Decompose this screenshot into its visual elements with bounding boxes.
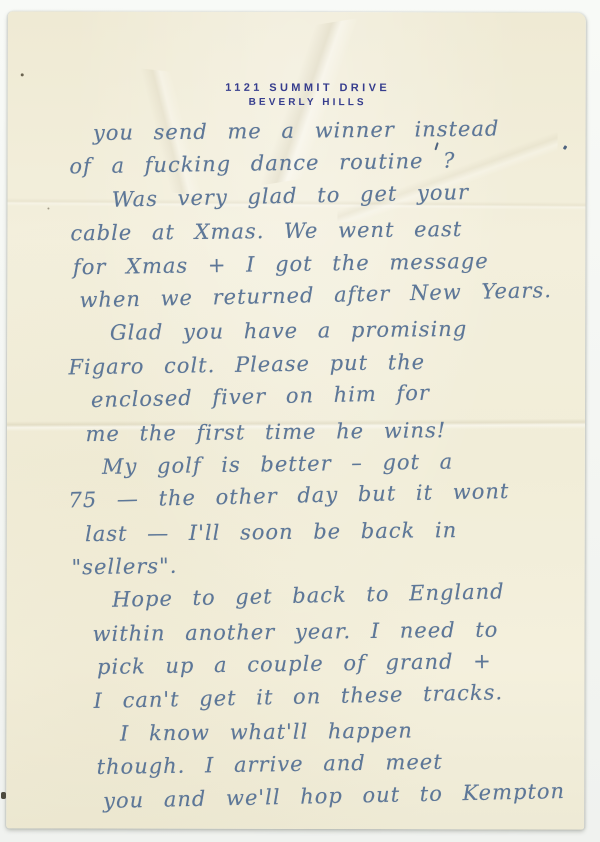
letterhead: 1121 SUMMIT DRIVE BEVERLY HILLS xyxy=(8,81,586,108)
handwriting-line: you send me a winner instead xyxy=(93,112,579,151)
handwriting-line: I know what'll happen xyxy=(120,713,588,752)
handwriting-line: within another year. I need to xyxy=(92,612,586,651)
ink-speck xyxy=(21,73,24,76)
handwriting-line: last — I'll soon be back in xyxy=(85,512,585,551)
letter-body: you send me a winner instead of a fuckin… xyxy=(59,110,590,819)
scan-edge-mark xyxy=(1,792,6,799)
handwriting-line: me the first time he wins! xyxy=(85,412,583,451)
handwriting-line: cable at Xmas. We went east xyxy=(70,212,580,251)
letterhead-city-line: BEVERLY HILLS xyxy=(30,96,586,108)
handwriting-line: Glad you have a promising xyxy=(110,312,582,351)
ink-speck xyxy=(47,207,49,209)
scanned-letter: 1121 SUMMIT DRIVE BEVERLY HILLS you send… xyxy=(0,0,600,842)
letterhead-address-line: 1121 SUMMIT DRIVE xyxy=(30,81,586,94)
letter-paper: 1121 SUMMIT DRIVE BEVERLY HILLS you send… xyxy=(6,11,586,829)
